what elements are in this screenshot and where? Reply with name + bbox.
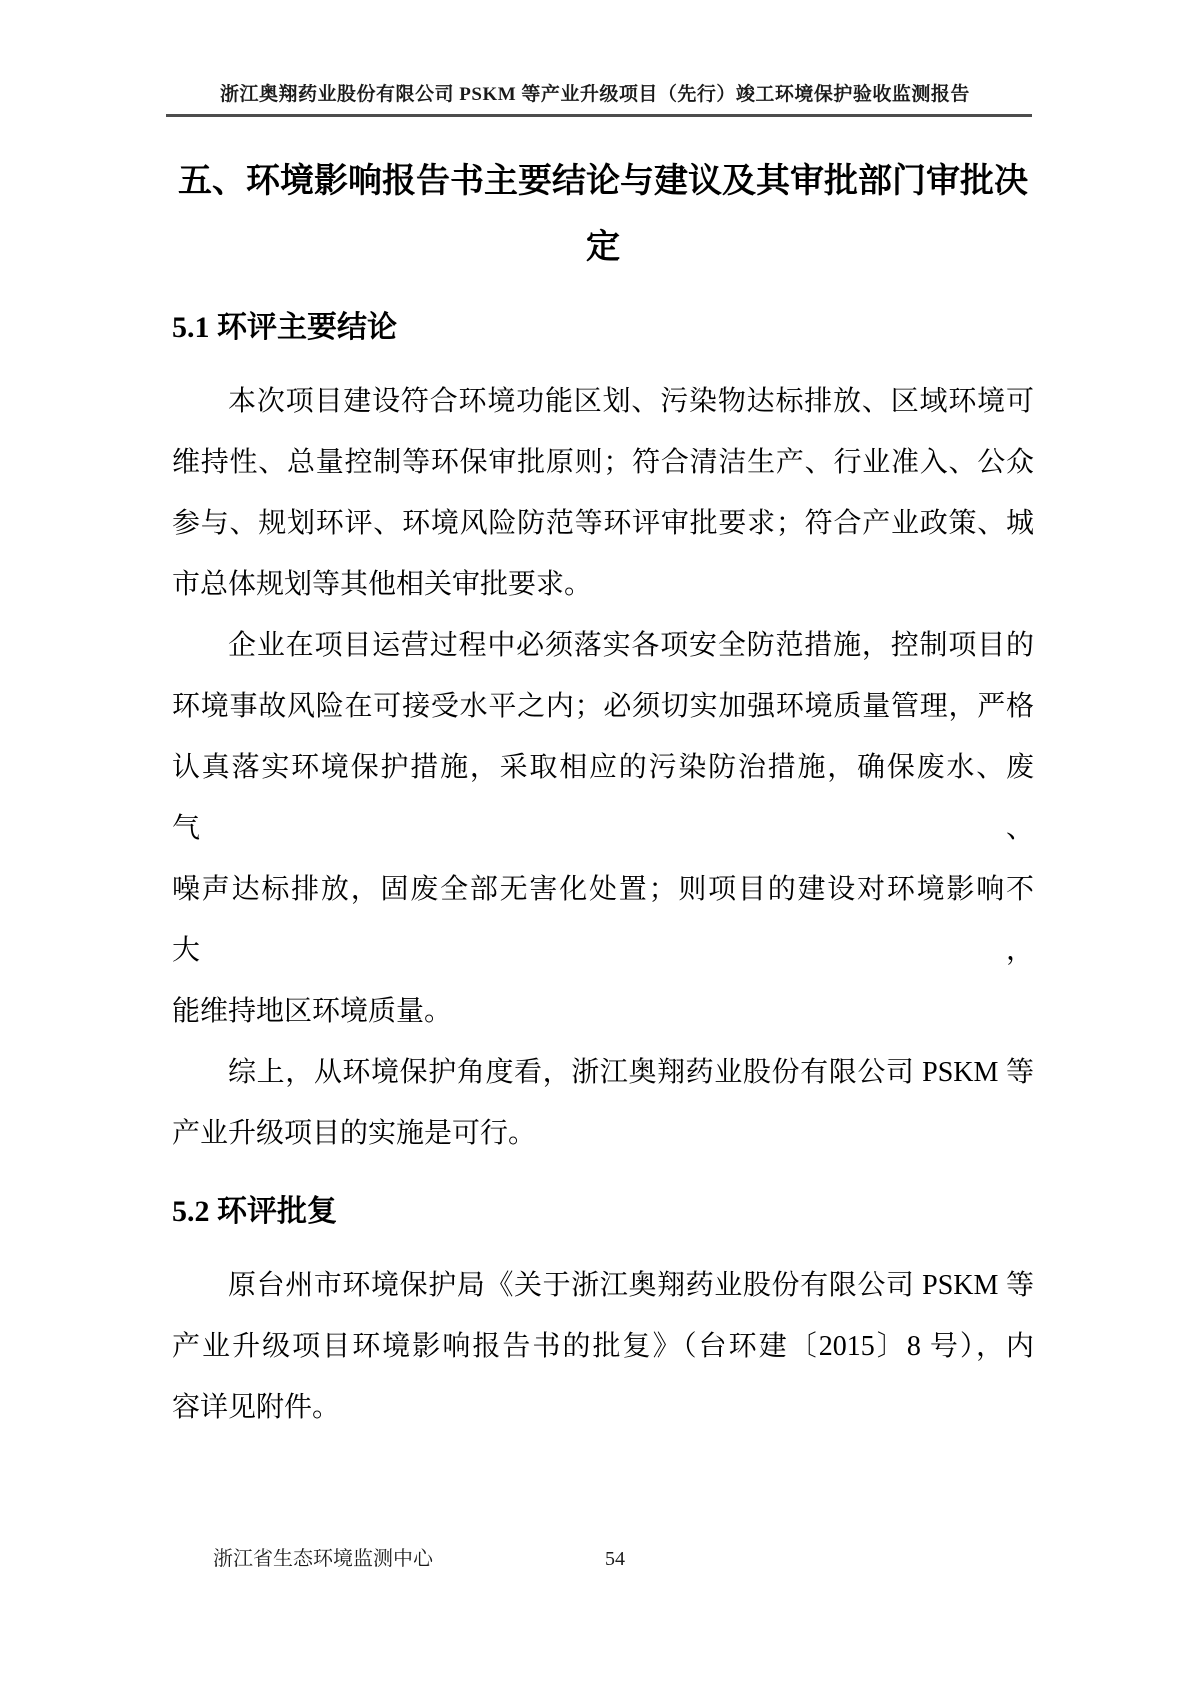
section-heading-5-1: 5.1 环评主要结论 <box>172 306 1034 350</box>
paragraph-line: 容详见附件。 <box>172 1377 1034 1438</box>
header-divider <box>166 114 1032 117</box>
chapter-title: 五、环境影响报告书主要结论与建议及其审批部门审批决定 <box>172 148 1034 280</box>
paragraph-line: 维持性、总量控制等环保审批原则；符合清洁生产、行业准入、公众 <box>172 432 1034 493</box>
paragraph-line: 产业升级项目环境影响报告书的批复》（台环建〔2015〕8 号），内 <box>172 1316 1034 1377</box>
paragraph-line: 企业在项目运营过程中必须落实各项安全防范措施，控制项目的 <box>172 615 1034 676</box>
paragraph-line: 市总体规划等其他相关审批要求。 <box>172 554 1034 615</box>
paragraph: 原台州市环境保护局《关于浙江奥翔药业股份有限公司 PSKM 等 产业升级项目环境… <box>172 1255 1034 1438</box>
page-number: 54 <box>605 1546 625 1572</box>
paragraph: 企业在项目运营过程中必须落实各项安全防范措施，控制项目的 环境事故风险在可接受水… <box>172 615 1034 1042</box>
paragraph-line: 认真落实环境保护措施，采取相应的污染防治措施，确保废水、废气、 <box>172 737 1034 859</box>
paragraph-line: 环境事故风险在可接受水平之内；必须切实加强环境质量管理，严格 <box>172 676 1034 737</box>
page-content: 五、环境影响报告书主要结论与建议及其审批部门审批决定 5.1 环评主要结论 本次… <box>172 148 1034 1438</box>
document-page: 浙江奥翔药业股份有限公司 PSKM 等产业升级项目（先行）竣工环境保护验收监测报… <box>0 0 1190 1683</box>
page-footer: 浙江省生态环境监测中心 54 <box>0 1546 1190 1576</box>
paragraph: 综上，从环境保护角度看，浙江奥翔药业股份有限公司 PSKM 等 产业升级项目的实… <box>172 1042 1034 1164</box>
paragraph: 本次项目建设符合环境功能区划、污染物达标排放、区域环境可 维持性、总量控制等环保… <box>172 371 1034 615</box>
paragraph-line: 本次项目建设符合环境功能区划、污染物达标排放、区域环境可 <box>172 371 1034 432</box>
paragraph-line: 产业升级项目的实施是可行。 <box>172 1103 1034 1164</box>
section-5-1: 5.1 环评主要结论 本次项目建设符合环境功能区划、污染物达标排放、区域环境可 … <box>172 306 1034 1164</box>
section-5-2: 5.2 环评批复 原台州市环境保护局《关于浙江奥翔药业股份有限公司 PSKM 等… <box>172 1190 1034 1438</box>
footer-organization: 浙江省生态环境监测中心 <box>213 1546 433 1572</box>
running-header: 浙江奥翔药业股份有限公司 PSKM 等产业升级项目（先行）竣工环境保护验收监测报… <box>0 0 1190 107</box>
paragraph-line: 综上，从环境保护角度看，浙江奥翔药业股份有限公司 PSKM 等 <box>172 1042 1034 1103</box>
paragraph-line: 噪声达标排放，固废全部无害化处置；则项目的建设对环境影响不大， <box>172 859 1034 981</box>
section-heading-5-2: 5.2 环评批复 <box>172 1190 1034 1234</box>
paragraph-line: 原台州市环境保护局《关于浙江奥翔药业股份有限公司 PSKM 等 <box>172 1255 1034 1316</box>
paragraph-line: 参与、规划环评、环境风险防范等环评审批要求；符合产业政策、城 <box>172 493 1034 554</box>
paragraph-line: 能维持地区环境质量。 <box>172 981 1034 1042</box>
